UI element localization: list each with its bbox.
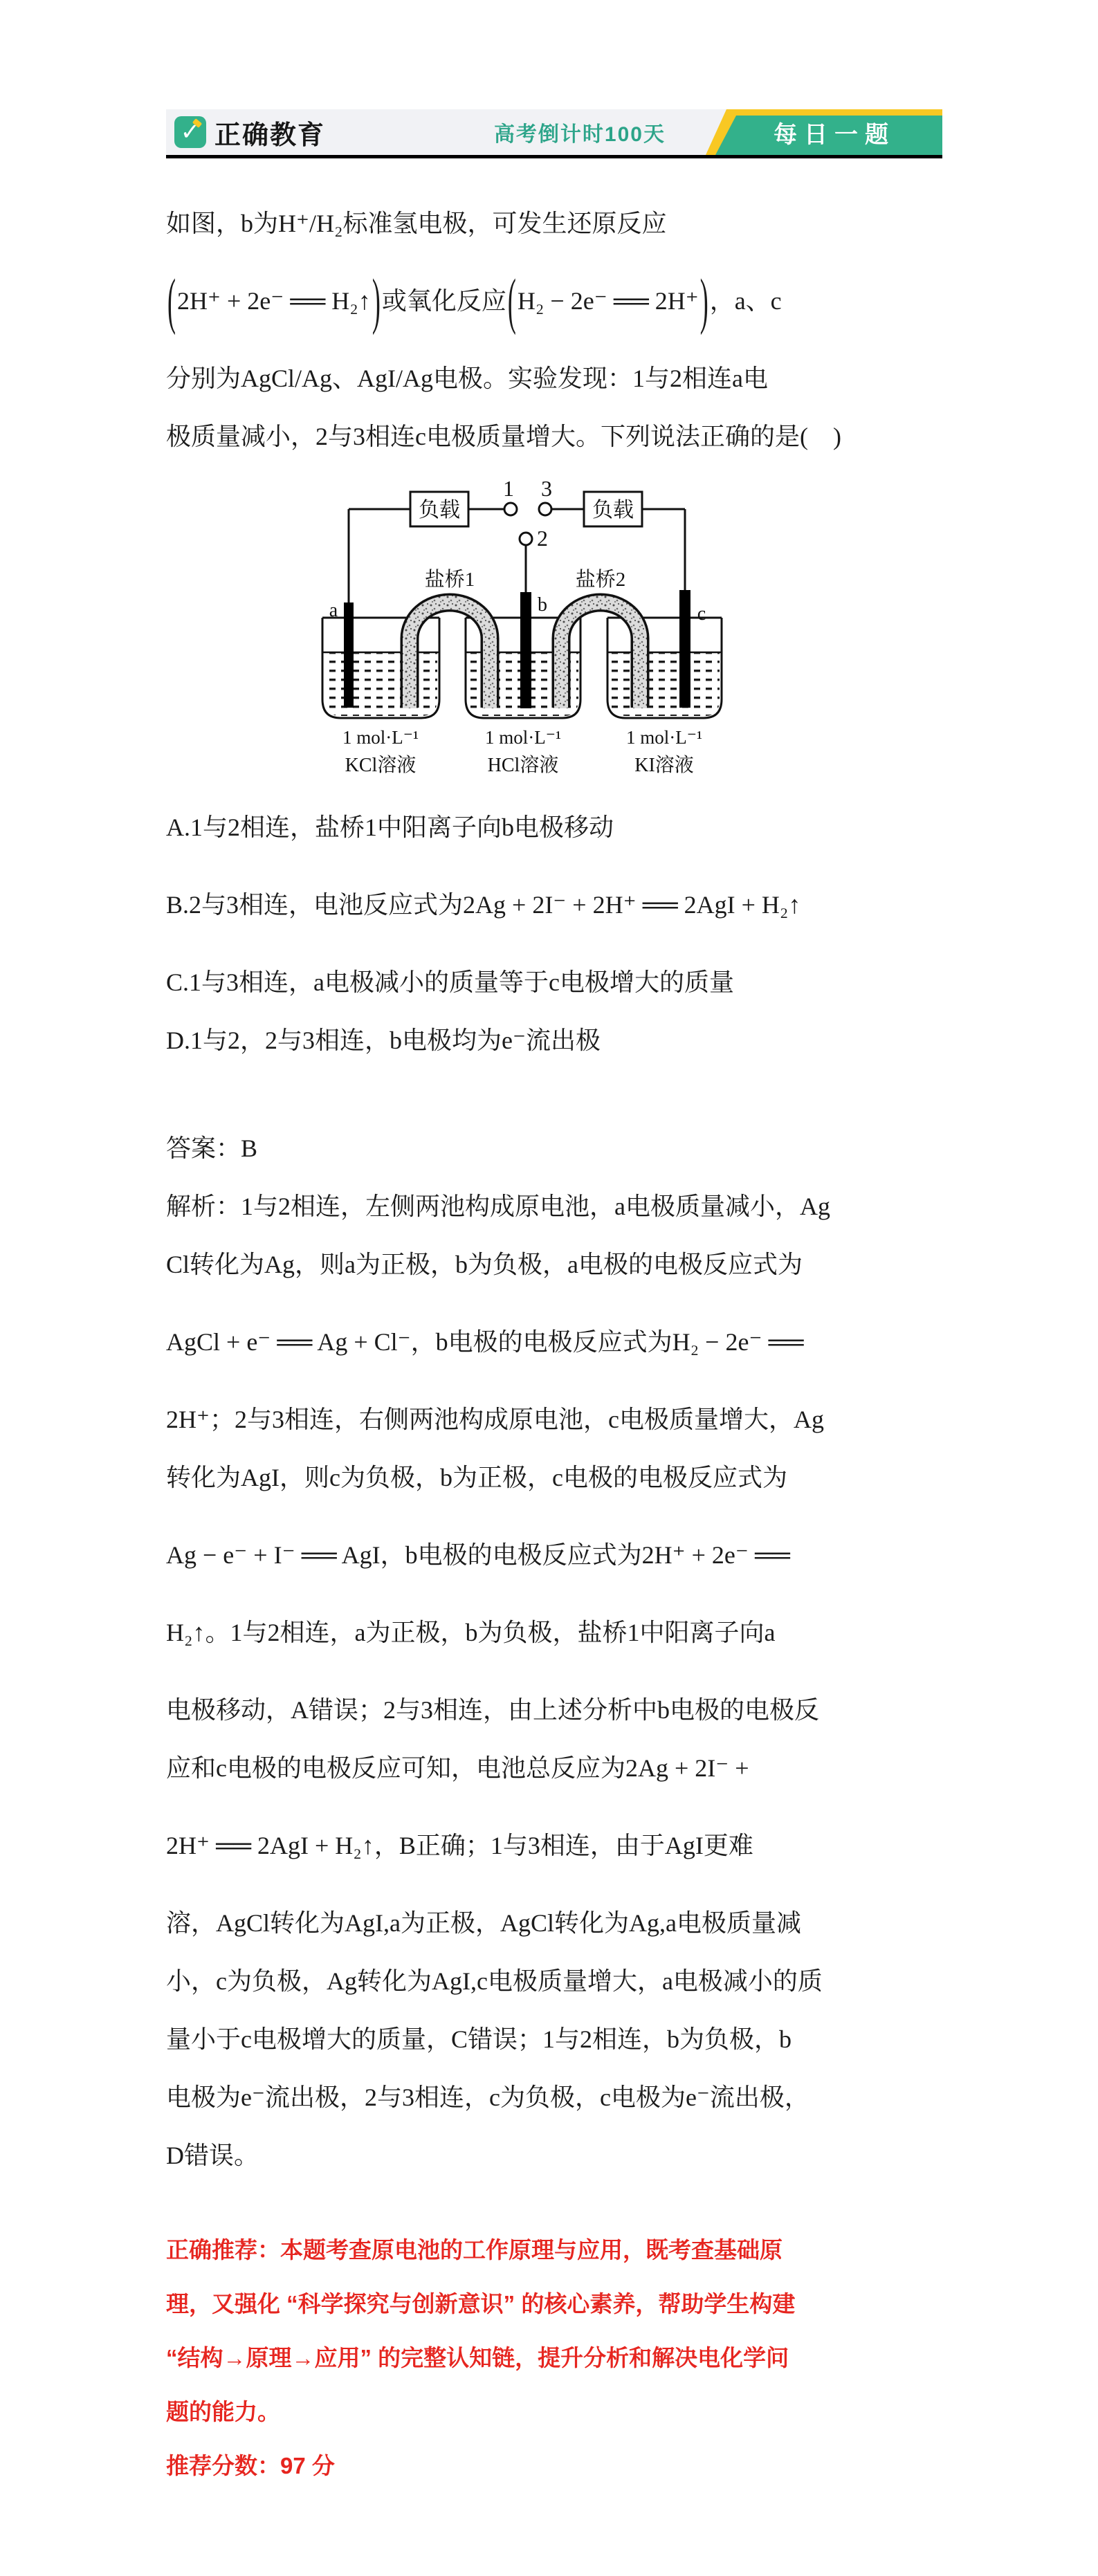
- explanation-line-1: 解析：1与2相连，左侧两池构成原电池，a电极质量减小，Ag: [166, 1177, 942, 1235]
- load-left-label: 负载: [419, 499, 460, 522]
- beaker2-solution-label: HCl溶液: [488, 754, 559, 776]
- load-box-right: 负载: [584, 492, 642, 526]
- brand-name: 正确教育: [214, 113, 325, 151]
- beaker1-solution-label: KCl溶液: [345, 754, 417, 776]
- explanation-line-15: D错误。: [166, 2126, 942, 2184]
- reduction-equation: 2H⁺ + 2e⁻ ══ H₂↑: [177, 287, 371, 315]
- spacer: [166, 1069, 942, 1119]
- terminal-3-label: 3: [541, 478, 552, 501]
- option-d: D.1与2，2与3相连，b电极均为e⁻流出极: [166, 1011, 942, 1069]
- question-line-1: 如图，b为H⁺/H₂标准氢电极，可发生还原反应: [166, 194, 942, 252]
- option-c: C.1与3相连，a电极减小的质量等于c电极增大的质量: [166, 953, 942, 1011]
- explanation-line-5: 转化为AgI，则c为负极，b为正极，c电极的电极反应式为: [166, 1448, 942, 1507]
- recommendation-line-3: “结构→原理→应用” 的完整认知链，提升分析和解决电化学问: [166, 2331, 942, 2385]
- load-right-label: 负载: [592, 499, 634, 522]
- beaker-kcl: [322, 618, 439, 718]
- recommendation-block: 正确推荐：本题考查原电池的工作原理与应用，既考查基础原 理，又强化 “科学探究与…: [166, 2223, 942, 2493]
- explanation-line-14: 电极为e⁻流出极，2与3相连，c为负极，c电极为e⁻流出极，: [166, 2068, 942, 2126]
- recommendation-line-4: 题的能力。: [166, 2385, 942, 2439]
- beaker3-solution-label: KI溶液: [634, 754, 694, 776]
- cell-diagram: 负载 负载 1 3 2 a b c: [304, 478, 942, 791]
- explanation-line-12: 小，c为负极，Ag转化为AgI,c电极质量增大，a电极减小的质: [166, 1952, 942, 2010]
- terminal-2-contact: [520, 533, 532, 545]
- electrode-a-label: a: [329, 600, 338, 621]
- option-a: A.1与2相连，盐桥1中阳离子向b电极移动: [166, 798, 942, 856]
- terminal-1-label: 1: [503, 478, 514, 501]
- option-b: B.2与3相连，电池反应式为2Ag + 2I⁻ + 2H⁺ ══ 2AgI + …: [166, 876, 942, 934]
- electrode-a-bar: [344, 602, 354, 708]
- recommendation-line-2: 理，又强化 “科学探究与创新意识” 的核心素养，帮助学生构建: [166, 2277, 942, 2331]
- load-box-left: 负载: [410, 492, 468, 526]
- question-line-3: 分别为AgCl/Ag、AgI/Ag电极。实验发现：1与2相连a电: [166, 349, 942, 407]
- electrode-b-label: b: [538, 594, 547, 616]
- terminal-3-contact: [539, 503, 551, 515]
- recommendation-score: 推荐分数：97 分: [166, 2439, 942, 2493]
- gaokao-countdown: 高考倒计时100天: [494, 109, 666, 155]
- checkmark-icon: ✓: [174, 116, 206, 148]
- badge-label: 每日一题: [753, 116, 895, 149]
- explanation-block: 解析：1与2相连，左侧两池构成原电池，a电极质量减小，Ag Cl转化为Ag，则a…: [166, 1177, 942, 2184]
- document-page: ✓ 正确教育 高考倒计时100天 每日一题 如图，b为H⁺/H₂标准氢电极，可发…: [0, 0, 1098, 2576]
- terminal-1-contact: [504, 503, 517, 515]
- question-stem: 如图，b为H⁺/H₂标准氢电极，可发生还原反应 (2H⁺ + 2e⁻ ══ H₂…: [166, 194, 942, 466]
- header-divider: [166, 155, 942, 158]
- recommendation-line-1: 正确推荐：本题考查原电池的工作原理与应用，既考查基础原: [166, 2223, 942, 2277]
- close-paren: ): [371, 228, 382, 374]
- explanation-line-2: Cl转化为Ag，则a为正极，b为负极，a电极的电极反应式为: [166, 1235, 942, 1294]
- beaker2-conc-label: 1 mol·L⁻¹: [485, 727, 561, 748]
- explanation-line-11: 溶，AgCl转化为AgI,a为正极，AgCl转化为Ag,a电极质量减: [166, 1894, 942, 1952]
- explanation-line-6: Ag − e⁻ + I⁻ ══ AgI，b电极的电极反应式为2H⁺ + 2e⁻ …: [166, 1526, 942, 1584]
- explanation-line-4: 2H⁺；2与3相连，右侧两池构成原电池，c电极质量增大，Ag: [166, 1390, 942, 1448]
- brand-logo: ✓ 正确教育: [174, 113, 325, 151]
- open-paren: (: [166, 228, 177, 374]
- explanation-line-9: 应和c电极的电极反应可知，电池总反应为2Ag + 2I⁻ +: [166, 1739, 942, 1797]
- salt-bridge-2-label: 盐桥2: [576, 568, 626, 591]
- salt-bridge-1-label: 盐桥1: [425, 568, 475, 591]
- explanation-line-7: H₂↑。1与2相连，a为正极，b为负极，盐桥1中阳离子向a: [166, 1603, 942, 1662]
- explanation-line-13: 量小于c电极增大的质量，C错误；1与2相连，b为负极，b: [166, 2010, 942, 2068]
- explanation-line-8: 电极移动，A错误；2与3相连，由上述分析中b电极的电极反: [166, 1681, 942, 1739]
- content-area: ✓ 正确教育 高考倒计时100天 每日一题 如图，b为H⁺/H₂标准氢电极，可发…: [166, 109, 942, 2493]
- header-bar: ✓ 正确教育 高考倒计时100天 每日一题: [166, 109, 942, 155]
- electrode-c-label: c: [697, 603, 706, 625]
- badge-green-body: 每日一题: [706, 109, 942, 155]
- daily-question-badge: 每日一题: [706, 109, 942, 155]
- question-line-2: (2H⁺ + 2e⁻ ══ H₂↑)或氧化反应(H₂ − 2e⁻ ══ 2H⁺)…: [166, 272, 942, 330]
- explanation-line-10: 2H⁺ ══ 2AgI + H₂↑，B正确；1与3相连，由于AgI更难: [166, 1816, 942, 1875]
- question-line-4: 极质量减小，2与3相连c电极质量增大。下列说法正确的是( ): [166, 407, 942, 466]
- answer-line: 答案：B: [166, 1119, 942, 1177]
- beaker-ki: [607, 618, 722, 718]
- options-block: A.1与2相连，盐桥1中阳离子向b电极移动 B.2与3相连，电池反应式为2Ag …: [166, 798, 942, 1069]
- question-line-2-mid: 或氧化反应: [382, 287, 506, 315]
- open-paren: (: [506, 228, 518, 374]
- cell-diagram-svg: 负载 负载 1 3 2 a b c: [304, 478, 740, 788]
- question-line-2-tail: ，a、c: [710, 287, 782, 315]
- terminal-2-label: 2: [537, 526, 548, 551]
- explanation-line-3: AgCl + e⁻ ══ Ag + Cl⁻，b电极的电极反应式为H₂ − 2e⁻…: [166, 1313, 942, 1371]
- oxidation-equation: H₂ − 2e⁻ ══ 2H⁺: [518, 287, 699, 315]
- beaker1-conc-label: 1 mol·L⁻¹: [342, 727, 419, 748]
- close-paren: ): [699, 228, 710, 374]
- beaker3-conc-label: 1 mol·L⁻¹: [626, 727, 702, 748]
- electrode-b-bar: [520, 592, 531, 708]
- electrode-c-bar: [679, 590, 690, 708]
